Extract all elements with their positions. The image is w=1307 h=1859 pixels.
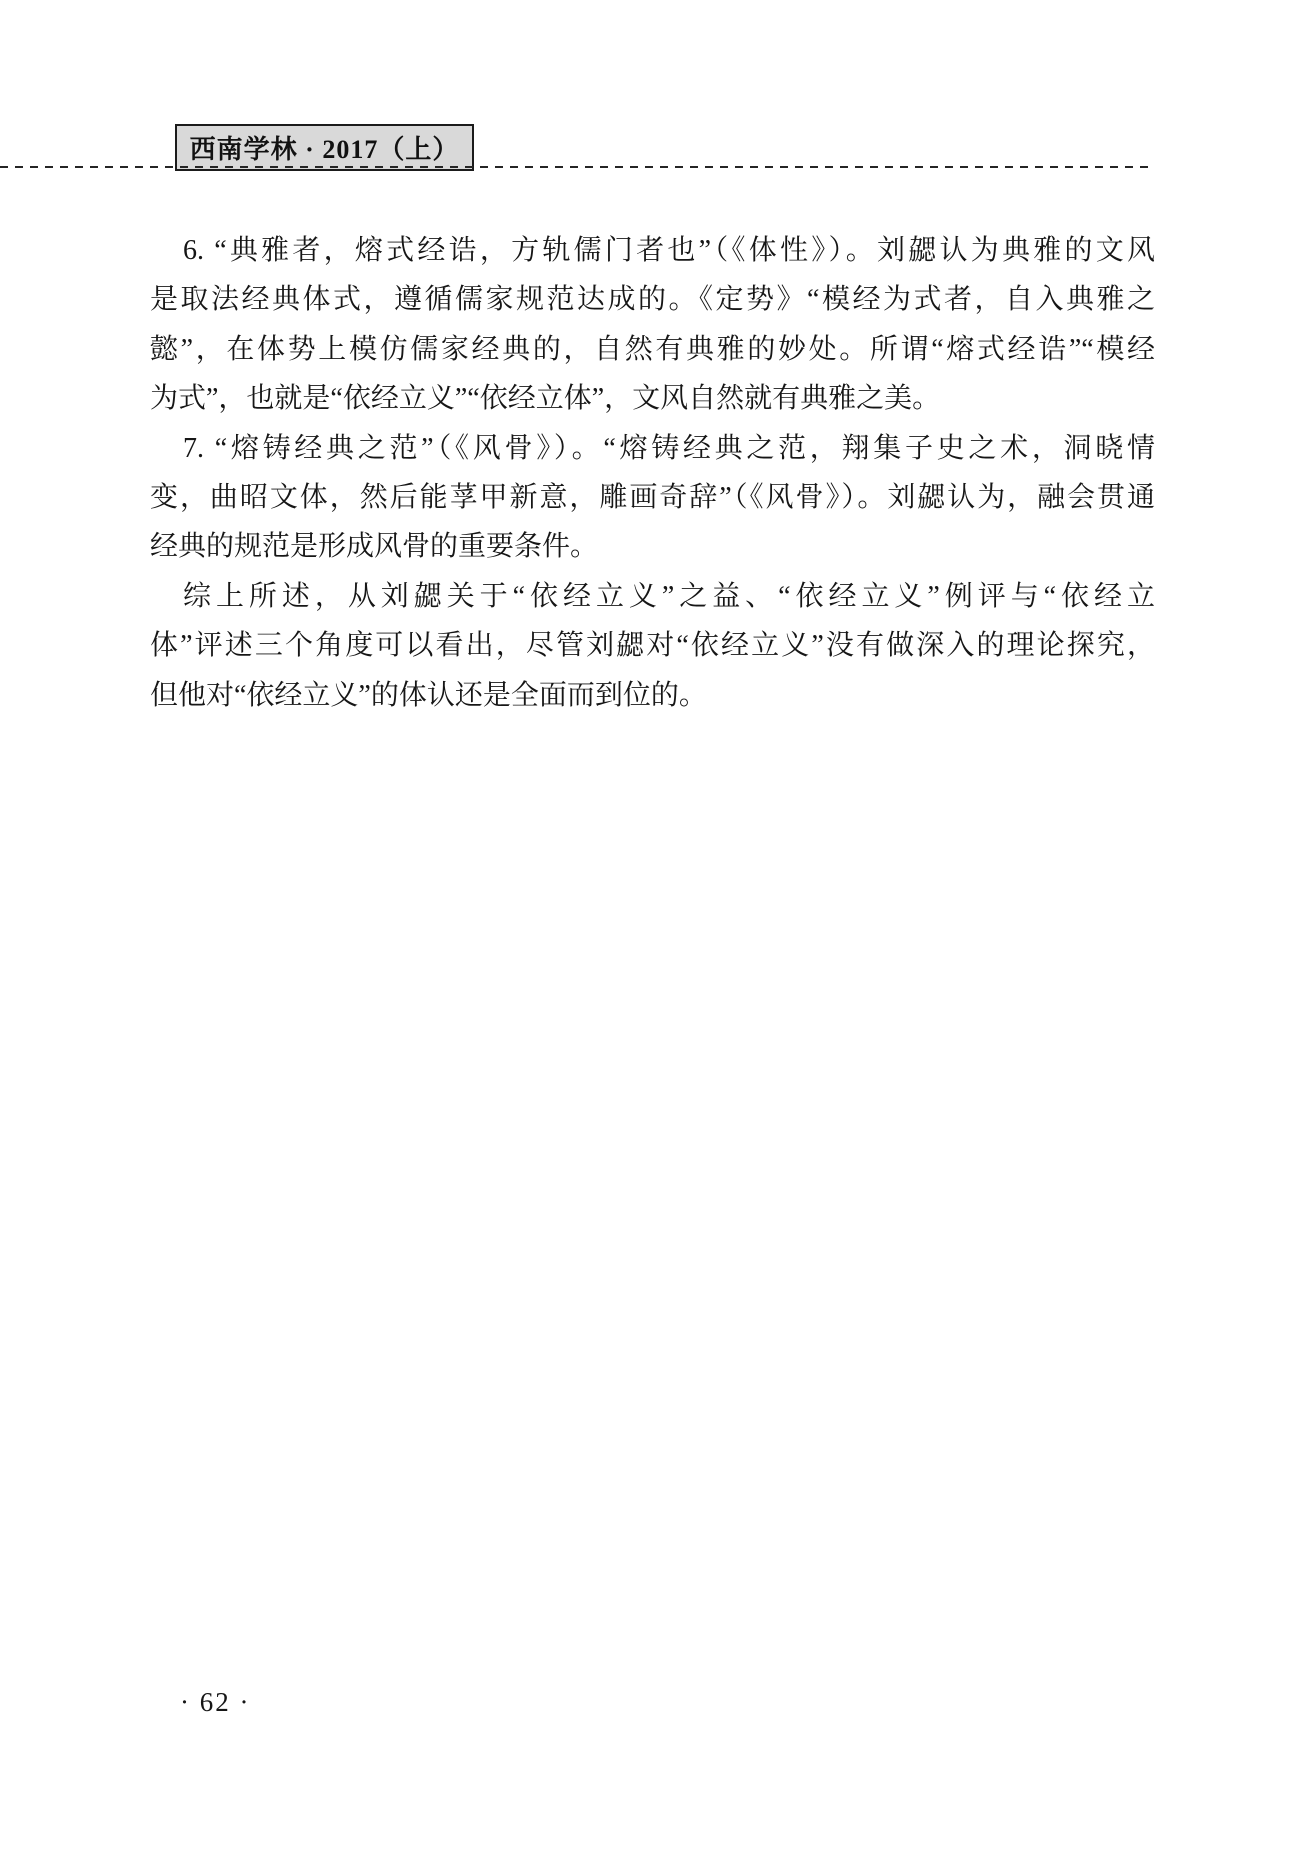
- text-line: 懿”，在体势上模仿儒家经典的，自然有典雅的妙处。所谓“熔式经诰”“模经: [150, 325, 1155, 374]
- document-page: 西南学林 · 2017（上） 6. “典雅者，熔式经诰，方轨儒门者也”（《体性》…: [0, 0, 1307, 1859]
- text-line: 为式”，也就是“依经立义”“依经立体”，文风自然就有典雅之美。: [150, 374, 1155, 423]
- text-line: 但他对“依经立义”的体认还是全面而到位的。: [150, 671, 1155, 720]
- text-line: 是取法经典体式，遵循儒家规范达成的。《定势》“模经为式者，自入典雅之: [150, 275, 1155, 324]
- text-line: 经典的规范是形成风骨的重要条件。: [150, 522, 1155, 571]
- paragraph: 6. “典雅者，熔式经诰，方轨儒门者也”（《体性》）。刘勰认为典雅的文风 是取法…: [150, 226, 1155, 424]
- text-line: 变，曲昭文体，然后能莩甲新意，雕画奇辞”（《风骨》）。刘勰认为，融会贯通: [150, 473, 1155, 522]
- paragraph: 7. “熔铸经典之范”（《风骨》）。“熔铸经典之范，翔集子史之术，洞晓情 变，曲…: [150, 424, 1155, 572]
- text-line: 7. “熔铸经典之范”（《风骨》）。“熔铸经典之范，翔集子史之术，洞晓情: [150, 424, 1155, 473]
- journal-title: 西南学林 · 2017（上）: [190, 129, 460, 166]
- paragraph: 综上所述，从刘勰关于“依经立义”之益、“依经立义”例评与“依经立 体”评述三个角…: [150, 572, 1155, 720]
- header-dashed-rule: [0, 166, 1153, 168]
- page-number: · 62 ·: [180, 1685, 250, 1719]
- body-text: 6. “典雅者，熔式经诰，方轨儒门者也”（《体性》）。刘勰认为典雅的文风 是取法…: [150, 226, 1155, 720]
- journal-header-box: 西南学林 · 2017（上）: [175, 124, 474, 171]
- text-line: 综上所述，从刘勰关于“依经立义”之益、“依经立义”例评与“依经立: [150, 572, 1155, 621]
- text-line: 体”评述三个角度可以看出，尽管刘勰对“依经立义”没有做深入的理论探究，: [150, 621, 1155, 670]
- text-line: 6. “典雅者，熔式经诰，方轨儒门者也”（《体性》）。刘勰认为典雅的文风: [150, 226, 1155, 275]
